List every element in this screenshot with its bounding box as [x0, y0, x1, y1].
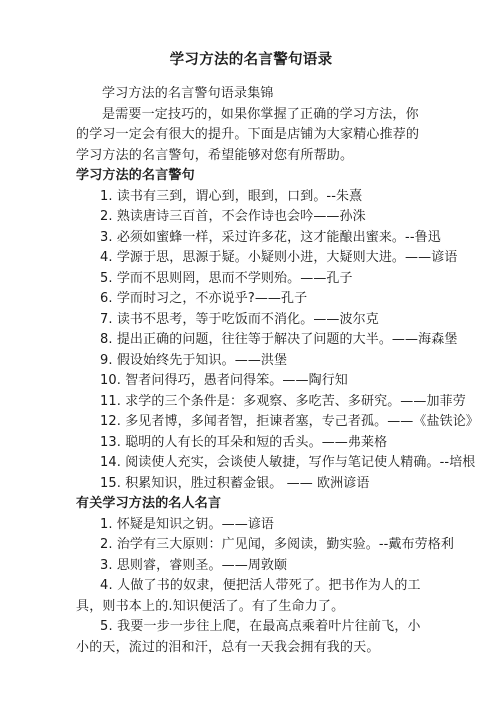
intro-paragraph: 是需要一定技巧的，如果你掌握了正确的学习方法，你的学习一定会有很大的提升。下面是…	[76, 105, 426, 167]
quote-item: 9. 假设始终先于知识。——洪堡	[76, 351, 426, 372]
section-quotes: 学习方法的名言警句 1. 读书有三到，谓心到，眼到，口到。--朱熹 2. 熟读唐…	[76, 166, 426, 494]
quote-item: 3. 思则睿，睿则圣。——周敦颐	[76, 556, 426, 577]
quote-item: 12. 多见者博，多闻者智，拒谏者塞，专己者孤。——《盐铁论》	[76, 412, 426, 433]
document-page: 学习方法的名言警句语录 学习方法的名言警句语录集锦 是需要一定技巧的，如果你掌握…	[76, 50, 426, 658]
quote-item: 11. 求学的三个条件是：多观察、多吃苦、多研究。——加菲劳	[76, 392, 426, 413]
quote-item: 3. 必须如蜜蜂一样，采过许多花，这才能酿出蜜来。--鲁迅	[76, 228, 426, 249]
quote-item: 6. 学而时习之，不亦说乎?——孔子	[76, 289, 426, 310]
section-heading: 有关学习方法的名人名言	[76, 494, 426, 515]
document-title: 学习方法的名言警句语录	[76, 50, 426, 70]
quote-item: 5. 我要一步一步往上爬，在最高点乘着叶片往前飞，小小的天，流过的泪和汗，总有一…	[76, 617, 426, 658]
quote-item: 7. 读书不思考，等于吃饭而不消化。——波尔克	[76, 310, 426, 331]
quote-item: 15. 积累知识，胜过积蓄金银。 —— 欧洲谚语	[76, 474, 426, 495]
quote-item: 4. 人做了书的奴隶，便把活人带死了。把书作为人的工具，则书本上的.知识便活了。…	[76, 576, 426, 617]
quote-item: 8. 提出正确的问题，往往等于解决了问题的大半。——海森堡	[76, 330, 426, 351]
intro-subtitle: 学习方法的名言警句语录集锦	[76, 84, 426, 105]
quote-item: 13. 聪明的人有长的耳朵和短的舌头。——弗莱格	[76, 433, 426, 454]
quote-item: 14. 阅读使人充实，会谈使人敏捷，写作与笔记使人精确。--培根	[76, 453, 426, 474]
section-famous-quotes: 有关学习方法的名人名言 1. 怀疑是知识之钥。——谚语 2. 治学有三大原则：广…	[76, 494, 426, 658]
quote-item: 2. 熟读唐诗三百首，不会作诗也会吟——孙洙	[76, 207, 426, 228]
section-heading: 学习方法的名言警句	[76, 166, 426, 187]
quote-item: 5. 学而不思则罔，思而不学则殆。——孔子	[76, 269, 426, 290]
quote-item: 2. 治学有三大原则：广见闻，多阅读，勤实验。--戴布劳格利	[76, 535, 426, 556]
quote-item: 1. 怀疑是知识之钥。——谚语	[76, 515, 426, 536]
quote-item: 10. 智者问得巧，愚者问得笨。——陶行知	[76, 371, 426, 392]
quote-item: 4. 学源于思，思源于疑。小疑则小进，大疑则大进。——谚语	[76, 248, 426, 269]
quote-item: 1. 读书有三到，谓心到，眼到，口到。--朱熹	[76, 187, 426, 208]
